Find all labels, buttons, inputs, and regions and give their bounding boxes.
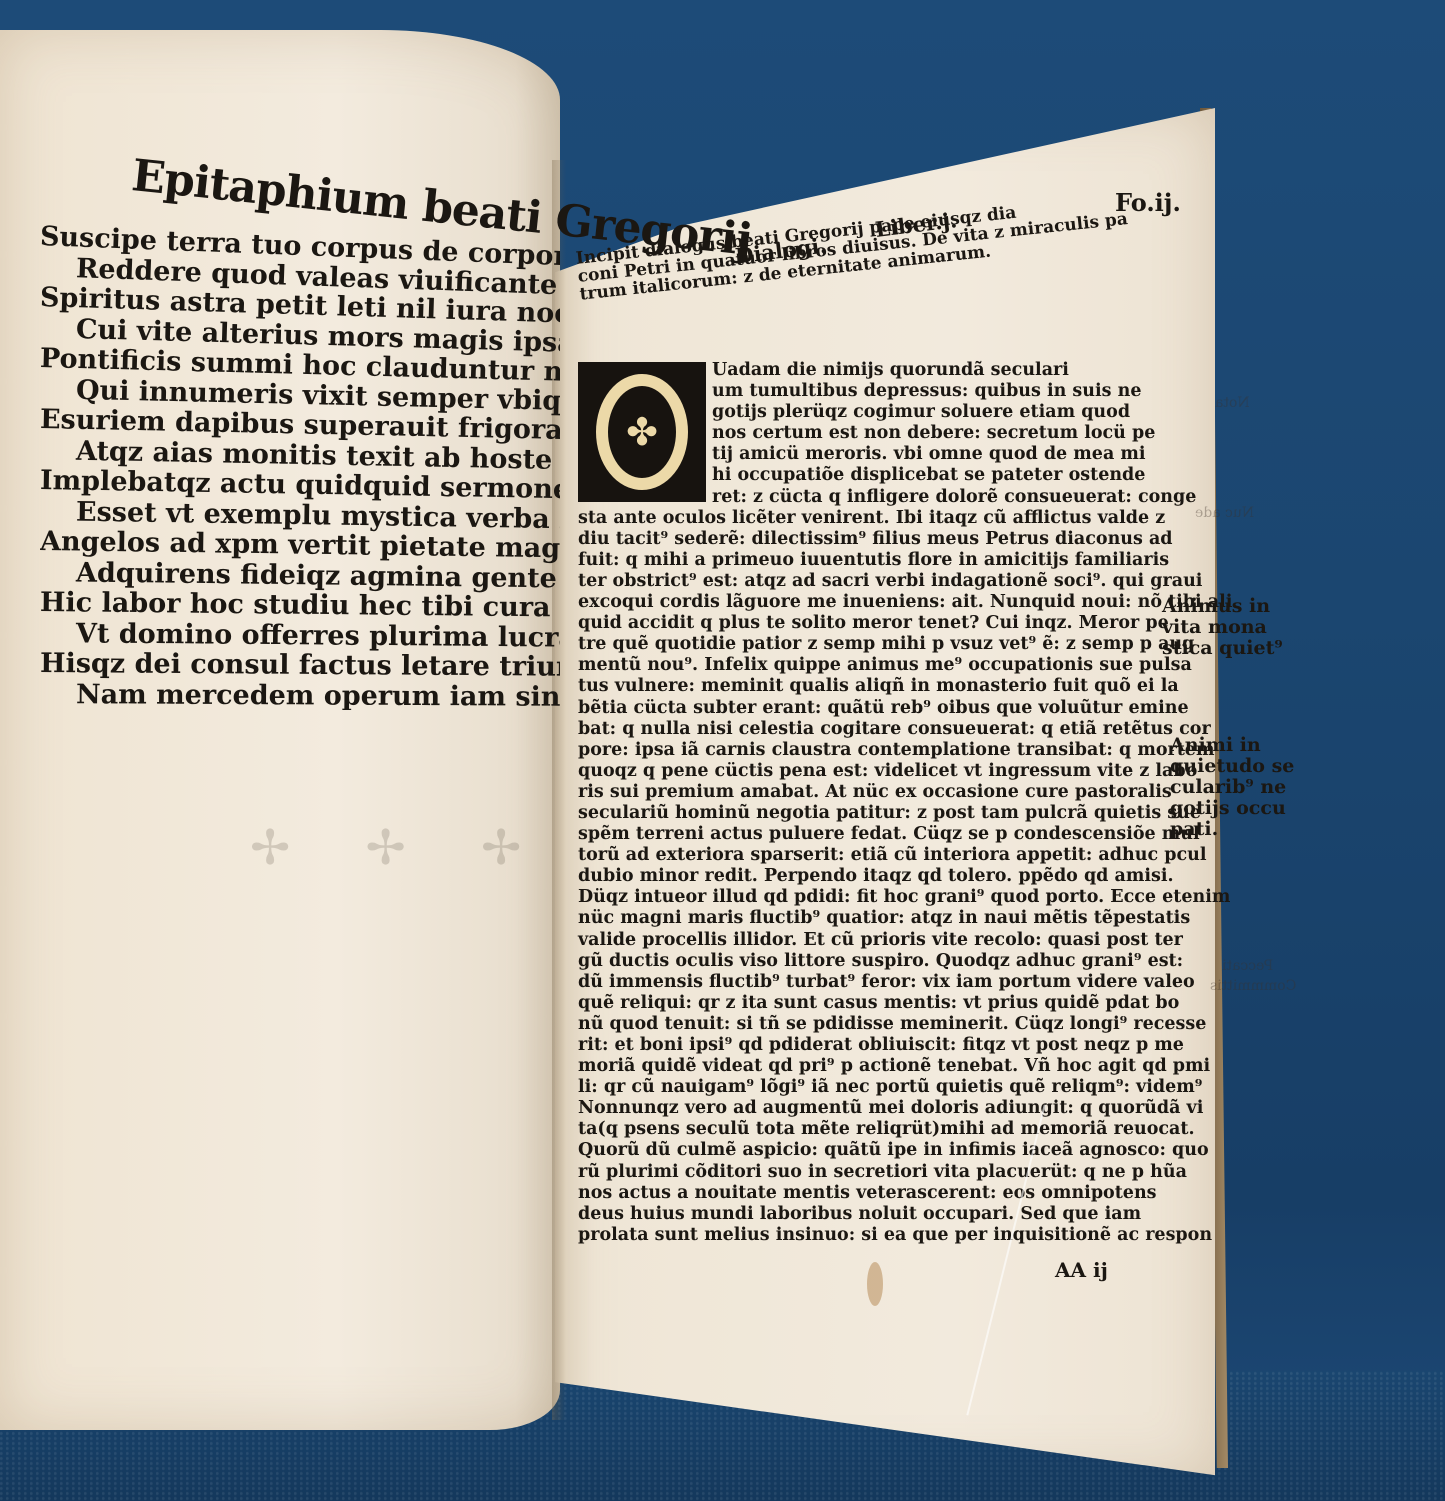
marginal-gloss: Animi in quietudo se cularib⁹ ne gotijs … [1170,735,1294,840]
text-line: Nonnunqz vero ad augmentũ mei doloris ad… [578,1098,1218,1119]
text-line: dubio minor redit. Perpendo itaqz qd tol… [578,866,1218,887]
text-line: hi occupatiõe displicebat se pateter ost… [578,465,1218,486]
text-line: deus huius mundi laboribus noluit occupa… [578,1204,1218,1225]
text-line: quoqz q pene cüctis pena est: videlicet … [578,761,1218,782]
gloss-line: gotijs occu [1170,798,1294,819]
text-line: pore: ipsa iã carnis claustra contemplat… [578,740,1218,761]
text-line: nũ quod tenuit: si tñ se pdidisse memine… [578,1014,1218,1035]
gloss-line: vita mona [1162,617,1283,638]
text-line: um tumultibus depressus: quibus in suis … [578,381,1218,402]
text-line: diu tacit⁹ sederẽ: dilectissim⁹ filius m… [578,529,1218,550]
dialogue-body-text: Uadam die nimijs quorundã seculari um tu… [578,360,1218,1246]
text-line: Quorũ dũ culmẽ aspicio: quãtũ ipe in inf… [578,1140,1218,1161]
text-line: tus vulnere: meminit qualis aliqñ in mon… [578,676,1218,697]
text-line: valide procellis illidor. Et cũ prioris … [578,930,1218,951]
epitaph-verses: Suscipe terra tuo corpus de corpore sump… [40,222,560,710]
signature-mark: AA ij [1055,1258,1108,1282]
text-line: torũ ad exteriora sparserit: etiã cũ int… [578,845,1218,866]
text-line: gũ ductis oculis viso littore suspiro. Q… [578,951,1218,972]
text-line: mentũ nou⁹. Infelix quippe animus me⁹ oc… [578,655,1218,676]
text-line: li: qr cũ nauigam⁹ lõgi⁹ iã nec portũ qu… [578,1077,1218,1098]
text-line: ret: z cücta q infligere dolorẽ consueue… [578,487,1218,508]
verse-line: Nam mercedem operum iam sine fine tenes. [40,680,560,710]
text-line: Uadam die nimijs quorundã seculari [578,360,1218,381]
text-line: quẽ reliqui: qr z ita sunt casus mentis:… [578,993,1218,1014]
gloss-line: stica quiet⁹ [1162,638,1283,659]
gloss-line: Animus in [1162,596,1283,617]
text-line: nüc magni maris fluctib⁹ quatior: atqz i… [578,908,1218,929]
text-line: bat: q nulla nisi celestia cogitare cons… [578,719,1218,740]
gloss-line: quietudo se [1170,756,1294,777]
text-line: rit: et boni ipsi⁹ qd pdiderat obliuisci… [578,1035,1218,1056]
text-line: gotijs plerüqz cogimur soluere etiam quo… [578,402,1218,423]
offset-mark: Commmittis [1210,978,1296,994]
text-line: ris sui premium amabat. At nüc ex occasi… [578,782,1218,803]
gloss-line: Animi in [1170,735,1294,756]
offset-mark: Peccati [1222,958,1273,974]
offset-mark: Nuc ade [1195,505,1254,521]
text-line: quid accidit q plus te solito meror tene… [578,613,1218,634]
text-line: nos certum est non debere: secretum locü… [578,423,1218,444]
text-line: prolata sunt melius insinuo: si ea que p… [578,1225,1218,1246]
text-line: fuit: q mihi a primeuo iuuentutis flore … [578,550,1218,571]
verse-line: Hisqz dei consul factus letare triumphis… [40,649,560,683]
text-line: tre quẽ quotidie patior z semp mihi p vs… [578,634,1218,655]
text-line: ter obstrict⁹ est: atqz ad sacri verbi i… [578,571,1218,592]
text-line: spẽm terreni actus puluere fedat. Cüqz s… [578,824,1218,845]
gloss-line: cularib⁹ ne [1170,777,1294,798]
text-line: dũ immensis fluctib⁹ turbat⁹ feror: vix … [578,972,1218,993]
marginal-gloss: Animus in vita mona stica quiet⁹ [1162,596,1283,659]
text-line: moriã quidẽ videat qd pri⁹ p actionẽ ten… [578,1056,1218,1077]
text-line: nos actus a nouitate mentis veterasceren… [578,1183,1218,1204]
offset-mark: Nota [1215,395,1250,411]
text-line: Düqz intueor illud qd pdidi: fit hoc gra… [578,887,1218,908]
paper-stain [867,1262,883,1306]
text-line: rũ plurimi cõditori suo in secretiori vi… [578,1162,1218,1183]
text-line: seculariũ hominũ negotia patitur: z post… [578,803,1218,824]
text-line: sta ante oculos licẽter venirent. Ibi it… [578,508,1218,529]
text-line: bẽtia cücta subter erant: quãtü reb⁹ oib… [578,698,1218,719]
gloss-line: pati. [1170,819,1294,840]
text-line: excoqui cordis lãguore me inueniens: ait… [578,592,1218,613]
offset-ornament: ✢ ✢ ✢ [250,820,551,876]
text-line: ta(q psens seculũ tota mẽte reliqrüt)mih… [578,1119,1218,1140]
text-line: tij amicü meroris. vbi omne quod de mea … [578,444,1218,465]
